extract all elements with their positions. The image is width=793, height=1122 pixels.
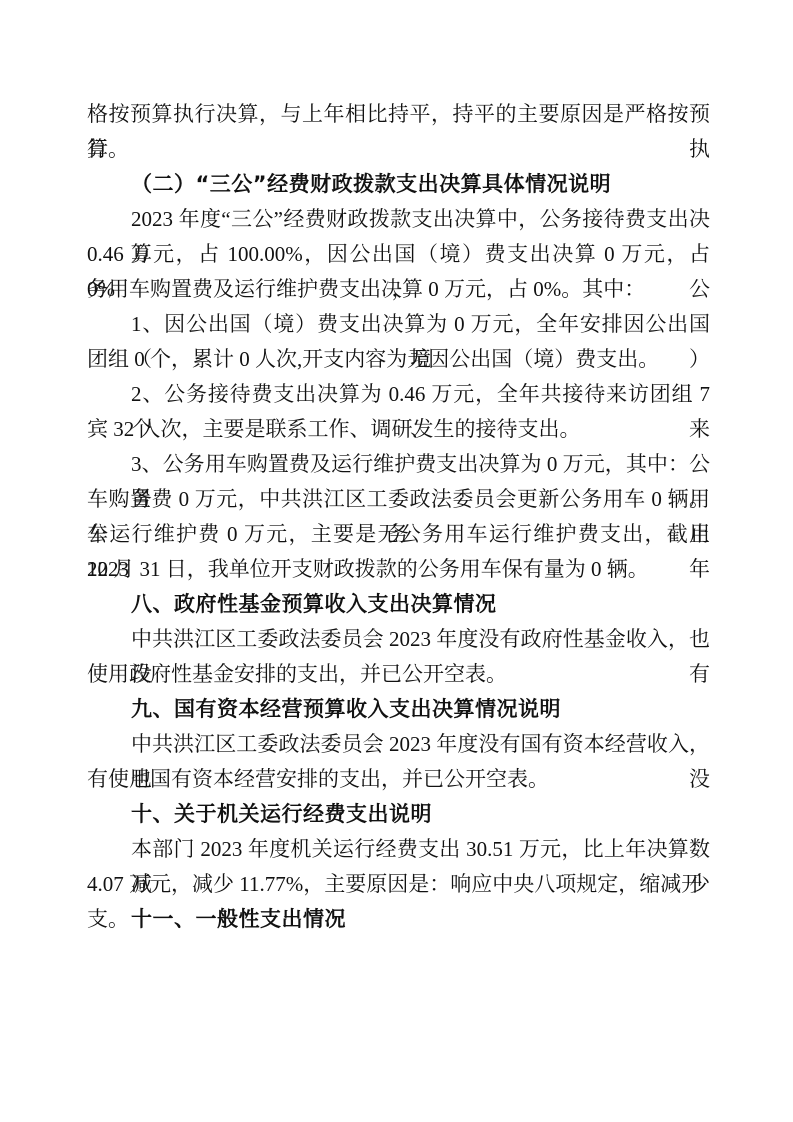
paragraph-line: 0.46 万元，占 100.00%，因公出国（境）费支出决算 0 万元，占 0%… — [87, 237, 710, 272]
paragraph-line: 车运行维护费 0 万元，主要是无公务用车运行维护费支出，截止 2023 年 — [87, 517, 710, 552]
paragraph-line: 务用车购置费及运行维护费支出决算 0 万元，占 0%。其中： — [87, 272, 710, 307]
section-heading: 十、关于机关运行经费支出说明 — [87, 797, 710, 832]
paragraph-line: 1、因公出国（境）费支出决算为 0 万元，全年安排因公出国（境） — [87, 307, 710, 342]
document-body: 格按预算执行决算，与上年相比持平，持平的主要原因是严格按预算执 行。 （二）“三… — [87, 97, 710, 937]
section-heading: 九、国有资本经营预算收入支出决算情况说明 — [87, 692, 710, 727]
paragraph-line: 中共洪江区工委政法委员会 2023 年度没有政府性基金收入，也没有 — [87, 622, 710, 657]
section-heading: 十一、一般性支出情况 — [87, 902, 710, 937]
paragraph-line: 中共洪江区工委政法委员会 2023 年度没有国有资本经营收入，也没 — [87, 727, 710, 762]
paragraph-line: 本部门 2023 年度机关运行经费支出 30.51 万元，比上年决算数减少 — [87, 832, 710, 867]
paragraph-line: 团组 0 个，累计 0 人次,开支内容为无因公出国（境）费支出。 — [87, 342, 710, 377]
paragraph-line: 车购置费 0 万元，中共洪江区工委政法委员会更新公务用车 0 辆。公务用 — [87, 482, 710, 517]
paragraph-line: 4.07 万元，减少 11.77%，主要原因是：响应中央八项规定，缩减开支。 — [87, 867, 710, 902]
section-heading: （二）“三公”经费财政拨款支出决算具体情况说明 — [87, 167, 710, 202]
paragraph-line: 2、公务接待费支出决算为 0.46 万元，全年共接待来访团组 7 个、来 — [87, 377, 710, 412]
paragraph-line: 12 月 31 日，我单位开支财政拨款的公务用车保有量为 0 辆。 — [87, 552, 710, 587]
paragraph-line: 2023 年度“三公”经费财政拨款支出决算中，公务接待费支出决算 — [87, 202, 710, 237]
paragraph-line: 3、公务用车购置费及运行维护费支出决算为 0 万元，其中：公务用 — [87, 447, 710, 482]
document-page: 格按预算执行决算，与上年相比持平，持平的主要原因是严格按预算执 行。 （二）“三… — [0, 0, 793, 1122]
paragraph-line: 格按预算执行决算，与上年相比持平，持平的主要原因是严格按预算执 — [87, 97, 710, 132]
section-heading: 八、政府性基金预算收入支出决算情况 — [87, 587, 710, 622]
